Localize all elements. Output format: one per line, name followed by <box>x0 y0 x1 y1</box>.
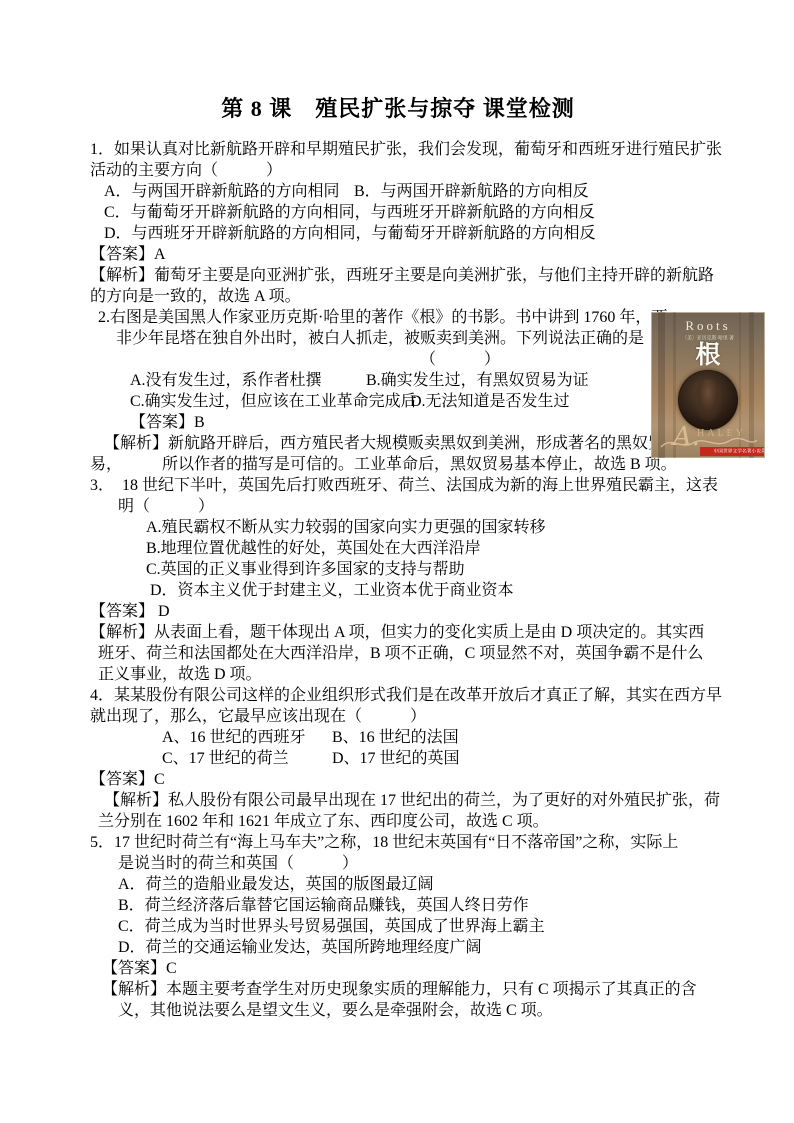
book-cover-image: Roots 〔美〕亚历克斯·哈里 著 根 A. HALEY 中国世界文学名著小说… <box>651 312 765 458</box>
document-content: 第 8 课 殖民扩张与掠夺 课堂检测 1．如果认真对比新航路开辟和早期殖民扩张，… <box>90 93 730 1021</box>
q1-analysis-line1: 【解析】葡萄牙主要是向亚洲扩张，西班牙主要是向美洲扩张，与他们主持开辟的新航路 <box>90 265 730 286</box>
q5-stem-line2: 是说当时的荷兰和英国（ ） <box>118 853 730 874</box>
q2-option-b: B.确实发生过，有黑奴贸易为证 <box>366 370 589 391</box>
q2-stem-line1: 2.右图是美国黑人作家亚历克斯·哈里的著作《根》的书影。书中讲到 1760 年，… <box>98 307 730 328</box>
q4-answer: 【答案】C <box>90 769 730 790</box>
q1-answer: 【答案】A <box>90 244 730 265</box>
book-title-english: Roots <box>651 319 765 333</box>
q5-option-c: C．荷兰成为当时世界头号贸易强国，英国成了世界海上霸主 <box>118 916 730 937</box>
q2-analysis-line1: 【解析】新航路开辟后，西方殖民者大规模贩卖黑奴到美洲，形成著名的黑奴贸 <box>104 433 730 454</box>
q5-analysis-line2: 义，其他说法要么是望文生义，要么是牵强附会，故选 C 项。 <box>118 1000 730 1021</box>
q2-analysis-line2: 易， 所以作者的描写是可信的。工业革命后，黑奴贸易基本停止，故选 B 项。 <box>90 454 730 475</box>
q3-stem-line2: 明（ ） <box>118 496 730 517</box>
q1-option-a: A．与两国开辟新航路的方向相同 <box>104 181 354 202</box>
q3-option-c: C.英国的正义事业得到许多国家的支持与帮助 <box>146 559 730 580</box>
q1-option-b: B．与两国开辟新航路的方向相反 <box>354 181 589 202</box>
q3-analysis-line3: 正义事业，故选 D 项。 <box>98 664 730 685</box>
q4-options-cd: C、17 世纪的荷兰D、17 世纪的英国 <box>162 748 730 769</box>
q1-option-d: D．与西班牙开辟新航路的方向相同，与葡萄牙开辟新航路的方向相反 <box>104 223 730 244</box>
q4-stem-line2: 就出现了，那么，它最早应该出现在（ ） <box>90 706 730 727</box>
q1-analysis-line2: 的方向是一致的，故选 A 项。 <box>90 286 730 307</box>
q1-stem-line1: 1．如果认真对比新航路开辟和早期殖民扩张，我们会发现，葡萄牙和西班牙进行殖民扩张 <box>90 139 730 160</box>
q3-stem-line1: 3． 18 世纪下半叶，英国先后打败西班牙、荷兰、法国成为新的海上世界殖民霸主，… <box>90 475 730 496</box>
q5-option-b: B．荷兰经济落后靠替它国运输商品赚钱，英国人终日劳作 <box>118 895 730 916</box>
q5-option-d: D．荷兰的交通运输业发达，英国所跨地理经度广阔 <box>118 937 730 958</box>
q4-options-ab: A、16 世纪的西班牙B、16 世纪的法国 <box>162 727 730 748</box>
q3-analysis-line2: 班牙、荷兰和法国都处在大西洋沿岸，B 项不正确，C 项显然不对，英国争霸不是什么 <box>98 643 730 664</box>
q4-option-d: D、17 世纪的英国 <box>332 748 460 769</box>
q4-stem-line1: 4．某某股份有限公司这样的企业组织形式我们是在改革开放后才真正了解，其实在西方早 <box>90 685 730 706</box>
q2-option-d: D.无法知道是否发生过 <box>410 391 570 412</box>
q4-analysis-line1: 【解析】私人股份有限公司最早出现在 17 世纪出的荷兰，为了更好的对外殖民扩张，… <box>104 790 730 811</box>
q4-option-b: B、16 世纪的法国 <box>332 727 459 748</box>
q3-option-a: A.殖民霸权不断从实力较弱的国家向实力更强的国家转移 <box>146 517 730 538</box>
book-byline: 〔美〕亚历克斯·哈里 著 <box>668 336 748 341</box>
q3-analysis-line1: 【解析】从表面上看，题干体现出 A 项，但实力的变化实质上是由 D 项决定的。其… <box>90 622 730 643</box>
q5-stem-line1: 5．17 世纪时荷兰有“海上马车夫”之称，18 世纪末英国有“日不落帝国”之称，… <box>90 832 730 853</box>
question-2: 2.右图是美国黑人作家亚历克斯·哈里的著作《根》的书影。书中讲到 1760 年，… <box>90 307 730 475</box>
q1-options-ab: A．与两国开辟新航路的方向相同B．与两国开辟新航路的方向相反 <box>104 181 730 202</box>
q2-options-cd: C.确实发生过，但应该在工业革命完成后D.无法知道是否发生过 <box>130 391 730 412</box>
document-page: 第 8 课 殖民扩张与掠夺 课堂检测 1．如果认真对比新航路开辟和早期殖民扩张，… <box>0 0 794 1123</box>
q3-answer: 【答案】 D <box>90 601 730 622</box>
q2-options-ab: A.没有发生过，系作者杜撰B.确实发生过，有黑奴贸易为证 <box>130 370 730 391</box>
q2-stem-line2: 非少年昆塔在独自外出时，被白人抓走，被贩卖到美洲。下列说法正确的是 <box>116 328 730 349</box>
q4-analysis-line2: 兰分别在 1602 年和 1621 年成立了东、西印度公司，故选 C 项。 <box>98 811 730 832</box>
q2-option-a: A.没有发生过，系作者杜撰 <box>130 370 366 391</box>
publisher-banner-text: 中国世界文学名著小说系列 <box>713 448 764 454</box>
q5-option-a: A．荷兰的造船业最发达，英国的版图最辽阔 <box>118 874 730 895</box>
q2-option-c: C.确实发生过，但应该在工业革命完成后 <box>130 391 410 412</box>
question-4: 4．某某股份有限公司这样的企业组织形式我们是在改革开放后才真正了解，其实在西方早… <box>90 685 730 832</box>
q5-answer: 【答案】C <box>102 958 730 979</box>
q3-option-b: B.地理位置优越性的好处，英国处在大西洋沿岸 <box>146 538 730 559</box>
q2-answer: 【答案】B <box>130 412 730 433</box>
q5-analysis-line1: 【解析】本题主要考查学生对历史现象实质的理解能力，只有 C 项揭示了其真正的含 <box>102 979 730 1000</box>
q3-option-d: D．资本主义优于封建主义，工业资本优于商业资本 <box>150 580 730 601</box>
q4-option-c: C、17 世纪的荷兰 <box>162 748 332 769</box>
african-boy-face <box>694 379 722 421</box>
question-3: 3． 18 世纪下半叶，英国先后打败西班牙、荷兰、法国成为新的海上世界殖民霸主，… <box>90 475 730 685</box>
question-5: 5．17 世纪时荷兰有“海上马车夫”之称，18 世纪末英国有“日不落帝国”之称，… <box>90 832 730 1021</box>
q1-stem-line2: 活动的主要方向（ ） <box>90 160 730 181</box>
face-medallion <box>678 370 738 430</box>
question-1: 1．如果认真对比新航路开辟和早期殖民扩张，我们会发现，葡萄牙和西班牙进行殖民扩张… <box>90 139 730 307</box>
q1-option-c: C．与葡萄牙开辟新航路的方向相同，与西班牙开辟新航路的方向相反 <box>104 202 730 223</box>
page-title: 第 8 课 殖民扩张与掠夺 课堂检测 <box>90 93 706 125</box>
publisher-banner: 中国世界文学名著小说系列 <box>700 447 764 456</box>
document-body: 1．如果认真对比新航路开辟和早期殖民扩张，我们会发现，葡萄牙和西班牙进行殖民扩张… <box>90 139 730 1021</box>
book-title-chinese: 根 <box>651 343 765 369</box>
q4-option-a: A、16 世纪的西班牙 <box>162 727 332 748</box>
